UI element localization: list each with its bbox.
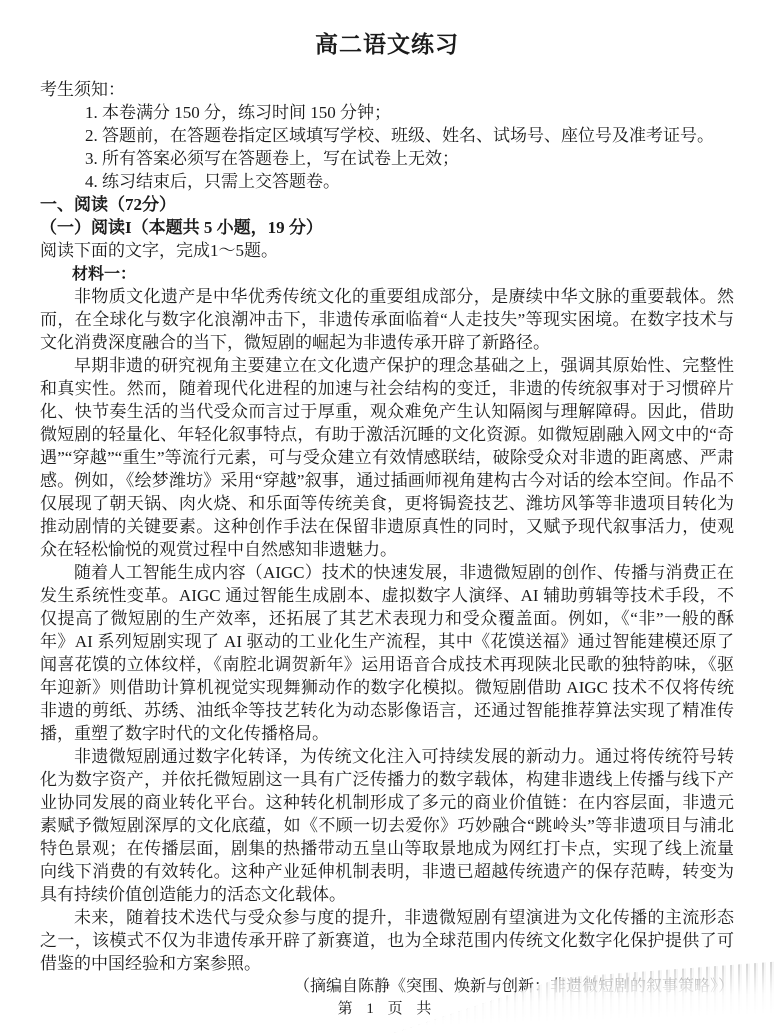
- material-paragraph: 非物质文化遗产是中华优秀传统文化的重要组成部分，是赓续中华文脉的重要载体。然而，…: [40, 285, 734, 354]
- page-content: 高二语文练习 考生须知： 1. 本卷满分 150 分，练习时间 150 分钟； …: [0, 0, 774, 1033]
- material-paragraph: 早期非遗的研究视角主要建立在文化遗产保护的理念基础之上，强调其原始性、完整性和真…: [40, 354, 734, 561]
- notice-item-2: 2. 答题前，在答题卷指定区域填写学校、班级、姓名、试场号、座位号及准考证号。: [40, 124, 734, 147]
- notice-heading: 考生须知：: [40, 78, 734, 101]
- notice-item-4: 4. 练习结束后，只需上交答题卷。: [40, 170, 734, 193]
- material-one-label: 材料一：: [40, 262, 734, 285]
- subsection-heading-reading-1: （一）阅读I（本题共 5 小题，19 分）: [40, 216, 734, 239]
- page-number-footer: 第 1 页 共: [40, 998, 734, 1021]
- source-citation: （摘编自陈静《突围、焕新与创新：非遗微短剧的叙事策略》）: [40, 975, 734, 998]
- material-paragraph: 非遗微短剧通过数字化转译，为传统文化注入可持续发展的新动力。通过将传统符号转化为…: [40, 745, 734, 906]
- material-paragraph: 随着人工智能生成内容（AIGC）技术的快速发展，非遗微短剧的创作、传播与消费正在…: [40, 561, 734, 745]
- notice-item-1: 1. 本卷满分 150 分，练习时间 150 分钟；: [40, 101, 734, 124]
- section-heading-reading: 一、阅读（72分）: [40, 193, 734, 216]
- page-title: 高二语文练习: [40, 28, 734, 62]
- notice-item-3: 3. 所有答案必须写在答题卷上，写在试卷上无效；: [40, 147, 734, 170]
- material-paragraph: 未来，随着技术迭代与受众参与度的提升，非遗微短剧有望演进为文化传播的主流形态之一…: [40, 906, 734, 975]
- reading-instruction: 阅读下面的文字，完成1～5题。: [40, 239, 734, 262]
- exam-paper-page: { "document": { "title": "高二语文练习", "noti…: [0, 0, 774, 1033]
